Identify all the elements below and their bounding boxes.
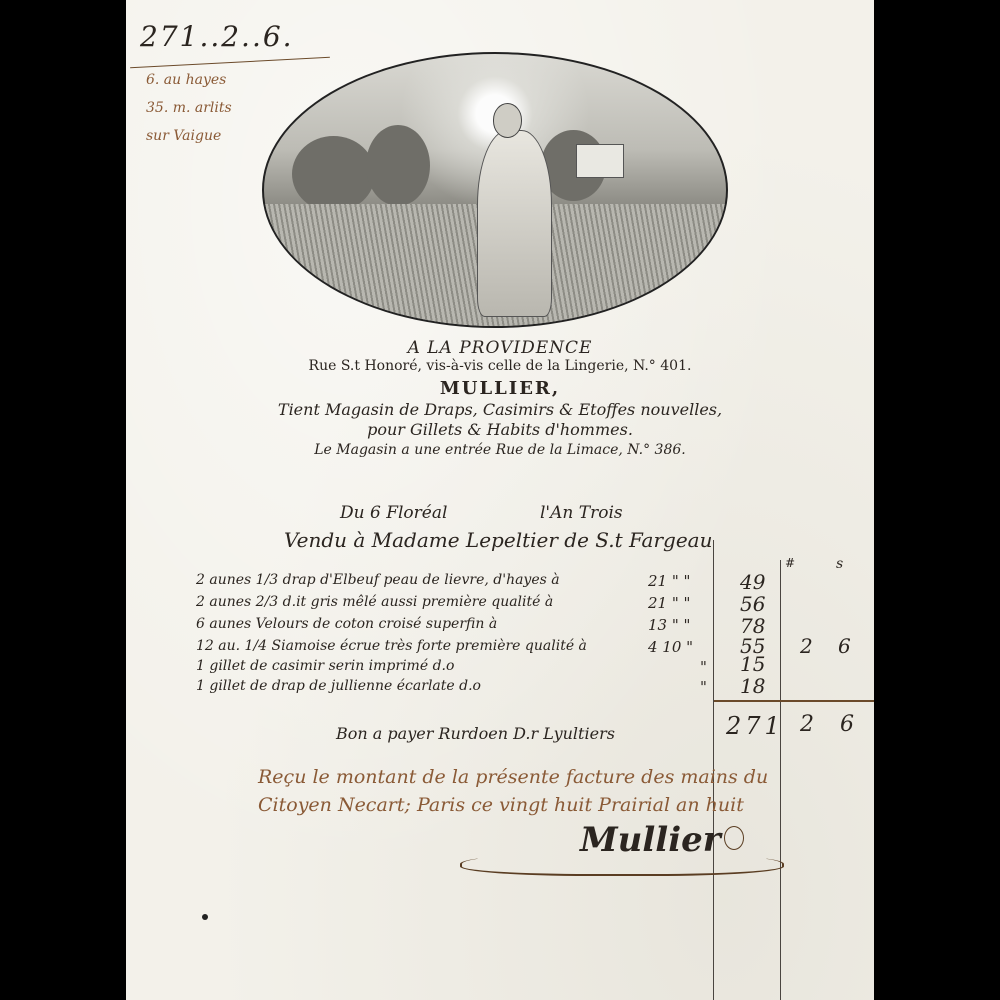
item-description: Siamoise écrue très forte première quali… — [272, 638, 587, 654]
item-deniers: 6 — [838, 634, 851, 658]
livres-header: # — [785, 556, 795, 570]
house-icon — [576, 144, 624, 179]
item-qty: 1 gillet — [196, 678, 246, 694]
item-unit-price: 21 " " — [648, 572, 690, 590]
item-livres: 49 — [740, 570, 765, 594]
item-unit-price: 21 " " — [648, 594, 690, 612]
approval-note: Bon a payer Rurdoen D.r Lyultiers — [336, 724, 615, 743]
item-qty: 1 gillet — [196, 658, 246, 674]
item-qty: 12 au. 1/4 — [196, 638, 267, 654]
receipt-line-2: Citoyen Necart; Paris ce vingt huit Prai… — [258, 794, 744, 816]
total-sous: 2 — [800, 712, 814, 737]
item-unit-price: 4 10 " — [648, 638, 693, 656]
line-item: 1 gillet de drap de jullienne écarlate d… — [196, 678, 481, 694]
trade-line-1: Tient Magasin de Draps, Casimirs & Etoff… — [200, 400, 800, 419]
item-description: drap d'Elbeuf peau de lievre, d'hayes à — [283, 572, 560, 588]
margin-note: sur Vaigue — [146, 128, 221, 144]
item-description: Velours de coton croisé superfin à — [256, 616, 498, 632]
tree-icon — [366, 125, 431, 207]
invoice-date-year: l'An Trois — [540, 503, 623, 523]
item-unit-price: 13 " " — [648, 616, 690, 634]
sous-header: s — [836, 556, 843, 572]
signature-flourish — [460, 852, 784, 876]
item-description: d.it gris mêlé aussi première qualité à — [283, 594, 554, 610]
total-rule — [714, 700, 874, 702]
item-qty: 6 aunes — [196, 616, 251, 632]
line-item: 6 aunes Velours de coton croisé superfin… — [196, 616, 497, 632]
item-unit-price: " — [700, 658, 707, 676]
item-sous: 2 — [800, 634, 813, 658]
item-qty: 2 aunes 2/3 — [196, 594, 278, 610]
line-item: 2 aunes 2/3 d.it gris mêlé aussi premièr… — [196, 594, 553, 610]
item-livres: 15 — [740, 652, 765, 676]
receipt-line-1: Reçu le montant de la présente facture d… — [258, 766, 768, 788]
robed-figure — [477, 130, 553, 317]
sold-to: Vendu à Madame Lepeltier de S.t Fargeau — [284, 528, 712, 552]
shop-name: A LA PROVIDENCE — [250, 338, 750, 358]
margin-note: 35. m. arlits — [146, 100, 232, 116]
item-livres: 18 — [740, 674, 765, 698]
total-livres: 271 — [726, 712, 784, 740]
trade-line-2: pour Gillets & Habits d'hommes. — [250, 420, 750, 439]
shop-address: Rue S.t Honoré, vis-à-vis celle de la Li… — [250, 358, 750, 374]
item-livres: 56 — [740, 592, 765, 616]
invoice-date-day: Du 6 Floréal — [340, 503, 447, 523]
line-item: 1 gillet de casimir serin imprimé d.o — [196, 658, 454, 674]
merchant-name: MULLIER, — [250, 378, 750, 399]
trade-line-3: Le Magasin a une entrée Rue de la Limace… — [250, 442, 750, 458]
item-qty: 2 aunes 1/3 — [196, 572, 278, 588]
line-item: 2 aunes 1/3 drap d'Elbeuf peau de lievre… — [196, 572, 560, 588]
item-description: de drap de jullienne écarlate d.o — [250, 678, 481, 694]
engraved-vignette — [262, 52, 728, 328]
tree-icon — [292, 136, 375, 212]
punch-hole — [202, 914, 208, 920]
top-total-annotation: 271..2..6. — [140, 20, 294, 53]
figure-head — [493, 103, 523, 138]
line-item: 12 au. 1/4 Siamoise écrue très forte pre… — [196, 638, 587, 654]
seal-mark-icon — [724, 826, 744, 850]
item-unit-price: " — [700, 678, 707, 696]
margin-note: 6. au hayes — [146, 72, 226, 88]
column-rule — [780, 560, 781, 1000]
total-deniers: 6 — [840, 712, 854, 737]
item-description: de casimir serin imprimé d.o — [250, 658, 454, 674]
